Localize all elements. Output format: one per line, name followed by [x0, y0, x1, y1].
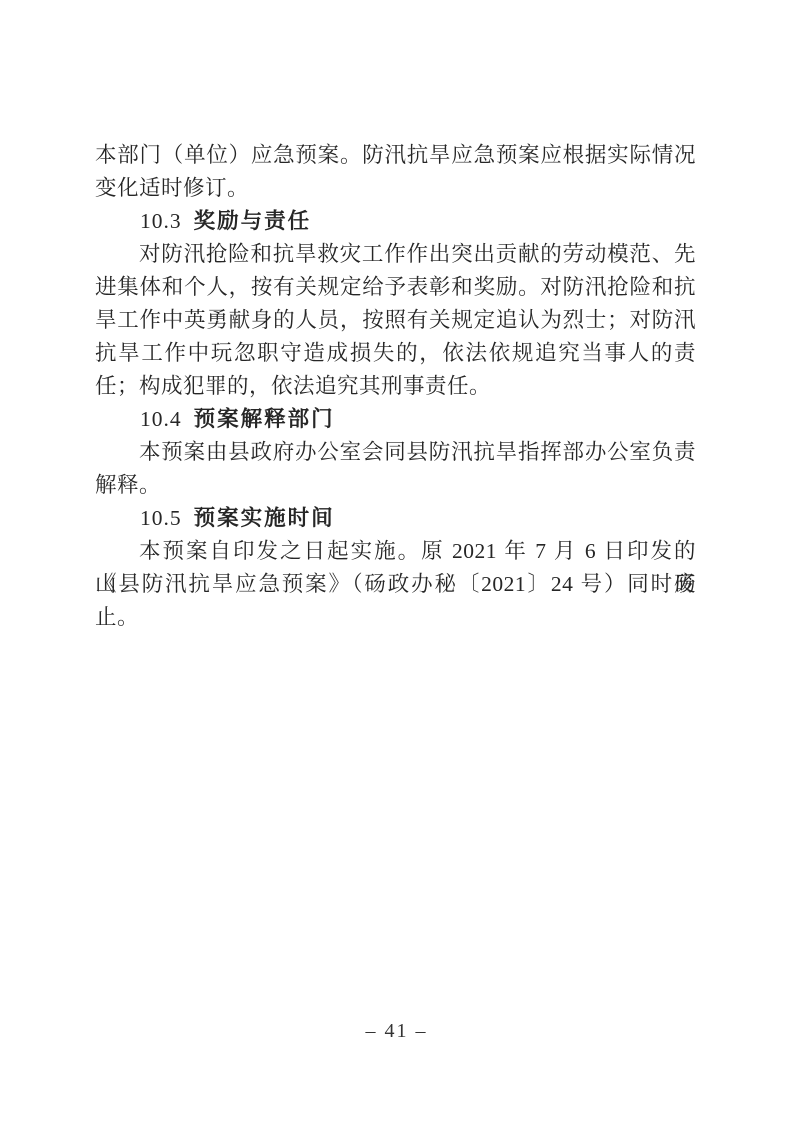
paragraph-line: 止。: [95, 601, 696, 634]
section-number: 10.4: [140, 407, 182, 431]
paragraph-line: 本预案自印发之日起实施。原 2021 年 7 月 6 日印发的《砀: [95, 535, 696, 568]
section-title: 预案解释部门: [194, 407, 335, 431]
paragraph-line: 任；构成犯罪的，依法追究其刑事责任。: [95, 370, 696, 403]
paragraph-line: 山县防汛抗旱应急预案》（砀政办秘〔2021〕24 号）同时废: [95, 568, 696, 601]
section-title: 预案实施时间: [194, 506, 335, 530]
paragraph-line: 解释。: [95, 469, 696, 502]
section-heading-10-5: 10.5预案实施时间: [95, 502, 696, 535]
document-body: 本部门（单位）应急预案。防汛抗旱应急预案应根据实际情况 变化适时修订。 10.3…: [95, 139, 696, 634]
paragraph-line: 本部门（单位）应急预案。防汛抗旱应急预案应根据实际情况: [95, 139, 696, 172]
paragraph-line: 进集体和个人，按有关规定给予表彰和奖励。对防汛抢险和抗: [95, 271, 696, 304]
page-footer: – 41 –: [0, 1018, 793, 1044]
paragraph-line: 对防汛抢险和抗旱救灾工作作出突出贡献的劳动模范、先: [95, 238, 696, 271]
paragraph-line: 抗旱工作中玩忽职守造成损失的，依法依规追究当事人的责: [95, 337, 696, 370]
section-number: 10.3: [140, 209, 182, 233]
paragraph-line: 变化适时修订。: [95, 172, 696, 205]
paragraph-line: 旱工作中英勇献身的人员，按照有关规定追认为烈士；对防汛: [95, 304, 696, 337]
paragraph-line: 本预案由县政府办公室会同县防汛抗旱指挥部办公室负责: [95, 436, 696, 469]
page-number: – 41 –: [366, 1020, 428, 1042]
section-title: 奖励与责任: [194, 209, 312, 233]
document-page: 本部门（单位）应急预案。防汛抗旱应急预案应根据实际情况 变化适时修订。 10.3…: [0, 0, 793, 1122]
section-heading-10-4: 10.4预案解释部门: [95, 403, 696, 436]
section-heading-10-3: 10.3奖励与责任: [95, 205, 696, 238]
section-number: 10.5: [140, 506, 182, 530]
